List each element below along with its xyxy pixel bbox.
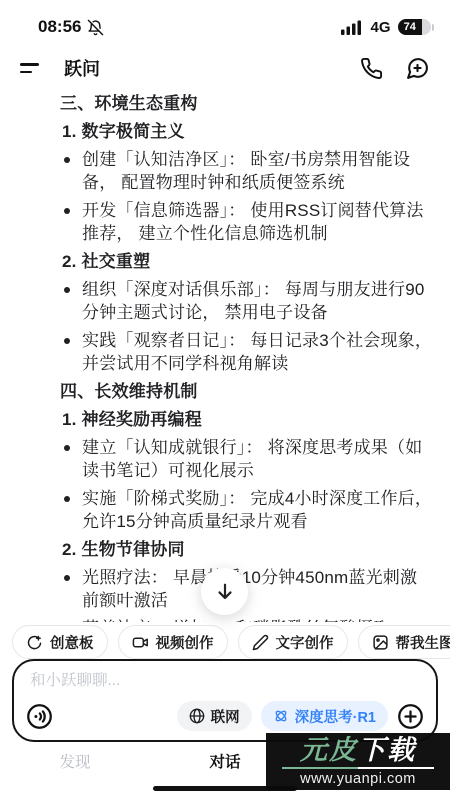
bullet-dot <box>60 148 82 194</box>
subsection-title: 1. 数字极简主义 <box>62 120 434 143</box>
deep-think-icon <box>273 708 289 724</box>
list-item: 实施「阶梯式奖励」： 完成4小时深度工作后， 允许15分钟高质量纪录片观看 <box>60 487 434 533</box>
list-item: 开发「信息筛选器」： 使用RSS订阅替代算法推荐， 建立个性化信息筛选机制 <box>60 199 434 245</box>
new-chat-icon[interactable] <box>404 55 430 81</box>
list-item: 实践「观察者日记」： 每日记录3个社会现象， 并尝试用不同学科视角解读 <box>60 329 434 375</box>
arrow-down-icon <box>214 581 236 603</box>
chip-text-creation[interactable]: 文字创作 <box>238 625 348 659</box>
signal-bars-icon <box>341 20 363 35</box>
bullet-dot <box>60 199 82 245</box>
watermark-logo: 元皮下载 <box>300 737 416 764</box>
bullet-dot <box>60 566 82 612</box>
subsection-title: 2. 生物节律协同 <box>62 538 434 561</box>
clock: 08:56 <box>38 17 81 37</box>
globe-icon <box>189 708 205 724</box>
chip-creative-board[interactable]: 创意板 <box>12 625 108 659</box>
quick-action-row: 创意板 视频创作 文字创作 <box>0 624 450 660</box>
bullet-dot <box>60 617 82 622</box>
battery-icon: 74 <box>398 19 435 35</box>
subsection-title: 2. 社交重塑 <box>62 250 434 273</box>
pen-icon <box>252 634 269 651</box>
web-search-toggle[interactable]: 联网 <box>177 701 252 731</box>
battery-percent: 74 <box>398 19 422 35</box>
app-header: 跃问 <box>0 44 450 92</box>
status-bar: 08:56 4G <box>0 0 450 44</box>
page-title: 跃问 <box>64 55 100 81</box>
assistant-message: 三、环境生态重构 1. 数字极简主义 创建「认知洁净区」： 卧室/书房禁用智能设… <box>0 92 450 622</box>
bullet-dot <box>60 487 82 533</box>
video-camera-icon <box>132 634 149 651</box>
watermark-overlay: 元皮下载 www.yuanpi.com <box>266 733 450 790</box>
list-item: 营养补充： 增加Ω-3和磷脂酰丝氨酸摄取 <box>60 617 434 622</box>
section-heading: 四、长效维持机制 <box>60 380 434 403</box>
voice-input-icon[interactable] <box>26 703 53 730</box>
list-item: 组织「深度对话俱乐部」： 每周与朋友进行90分钟主题式讨论， 禁用电子设备 <box>60 278 434 324</box>
list-item: 创建「认知洁净区」： 卧室/书房禁用智能设备， 配置物理时钟和纸质便签系统 <box>60 148 434 194</box>
network-type: 4G <box>370 19 390 36</box>
list-item: 建立「认知成就银行」： 将深度思考成果（如读书笔记）可视化展示 <box>60 436 434 482</box>
subsection-title: 1. 神经奖励再编程 <box>62 408 434 431</box>
bullet-dot <box>60 278 82 324</box>
voice-call-icon[interactable] <box>358 55 384 81</box>
menu-icon[interactable] <box>20 61 42 75</box>
section-heading: 三、环境生态重构 <box>60 92 434 115</box>
watermark-divider <box>282 767 434 769</box>
attach-plus-icon[interactable] <box>397 703 424 730</box>
scroll-to-bottom-button[interactable] <box>201 568 248 615</box>
creative-board-icon <box>26 634 43 651</box>
image-icon <box>372 634 389 651</box>
bullet-dot <box>60 329 82 375</box>
watermark-url: www.yuanpi.com <box>300 771 416 787</box>
bullet-dot <box>60 436 82 482</box>
mute-bell-icon <box>87 19 104 36</box>
chip-video-creation[interactable]: 视频创作 <box>118 625 228 659</box>
message-composer: 联网 深度思考·R1 <box>12 659 438 742</box>
chip-generate-image[interactable]: 帮我生图 <box>358 625 450 659</box>
tab-discover[interactable]: 发现 <box>0 747 150 772</box>
deep-think-toggle[interactable]: 深度思考·R1 <box>261 701 388 731</box>
message-input[interactable] <box>28 671 412 691</box>
app-screen: 08:56 4G <box>0 0 450 800</box>
